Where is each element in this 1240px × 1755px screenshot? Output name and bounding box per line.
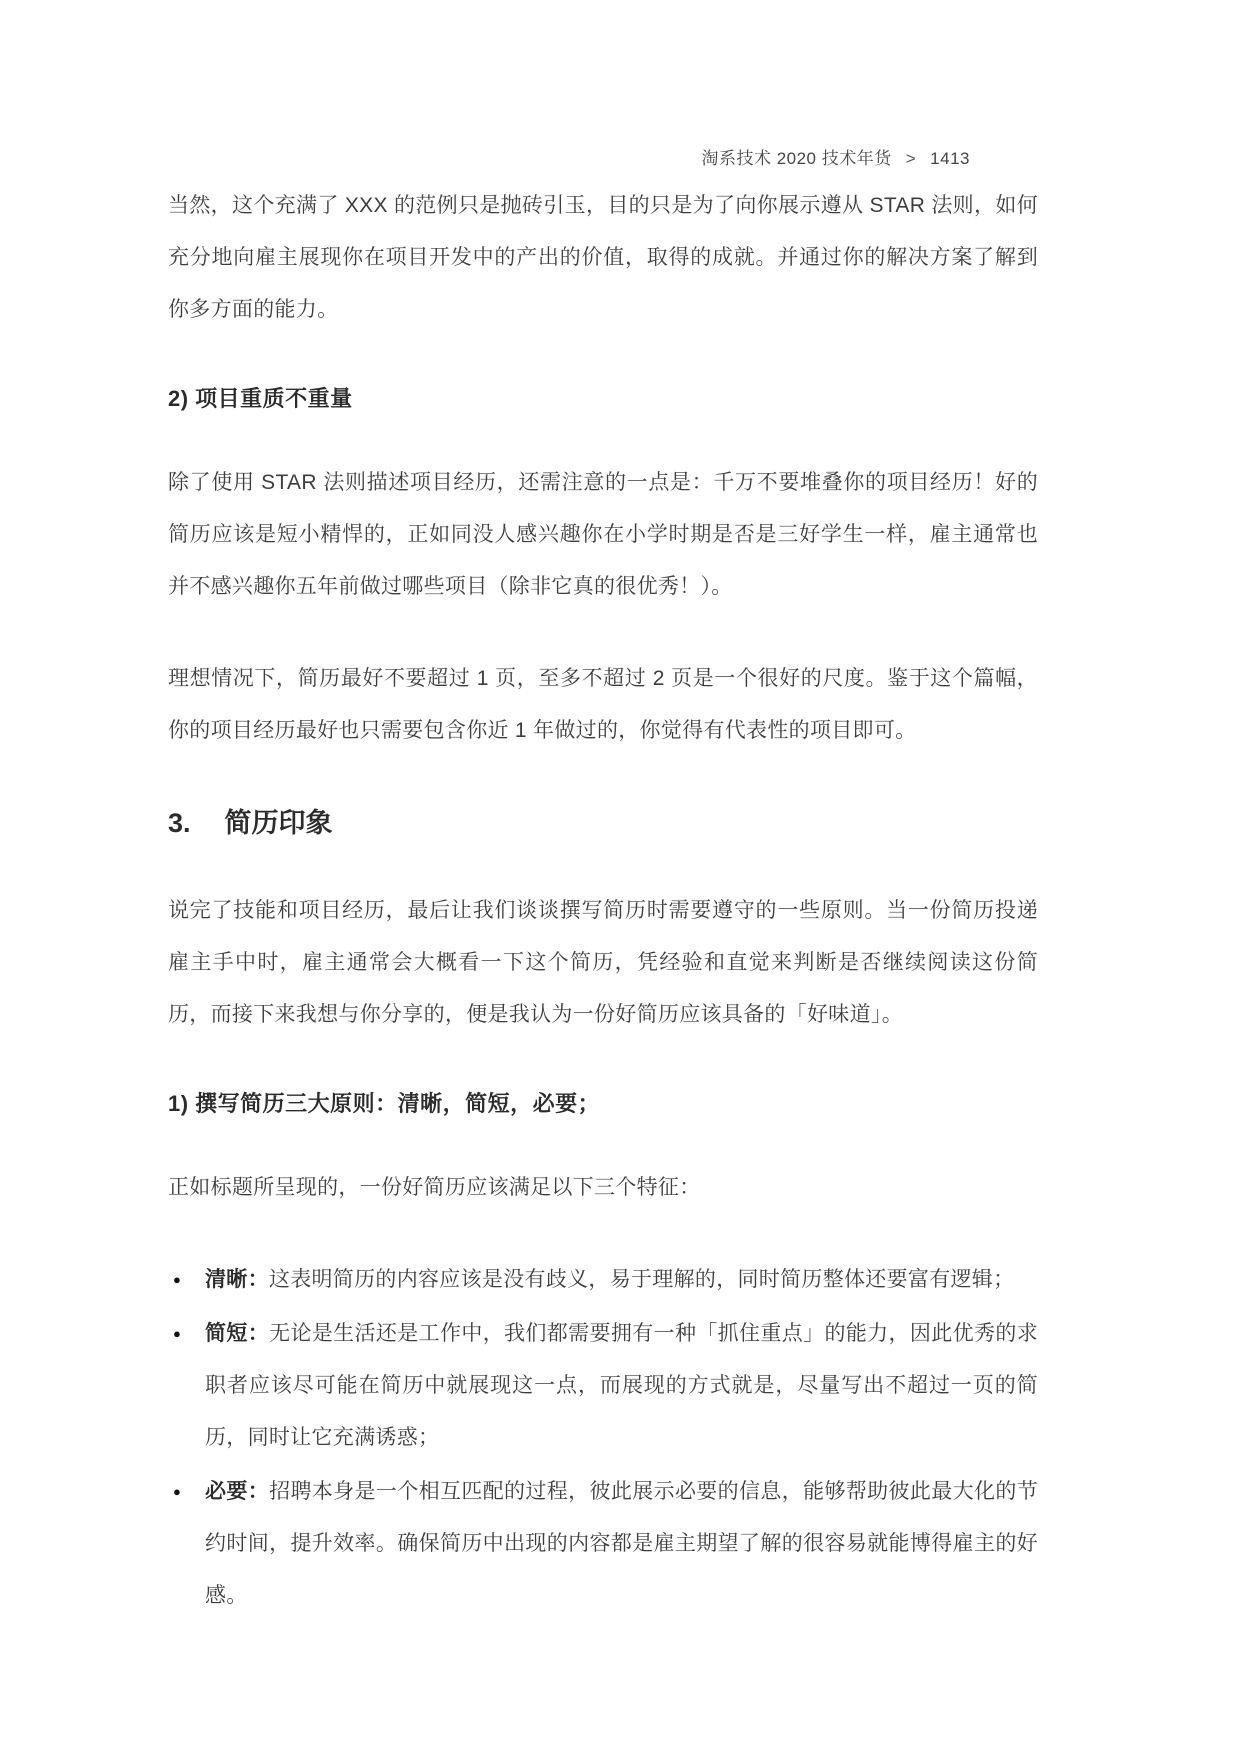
principle-label: 清晰： <box>205 1268 269 1291</box>
paragraph-resume-length: 理想情况下，简历最好不要超过 1 页，至多不超过 2 页是一个很好的尺度。鉴于这… <box>168 653 1038 757</box>
principle-label: 必要： <box>205 1480 269 1503</box>
header-separator: > <box>906 149 916 169</box>
heading-project-quality: 2) 项目重质不重量 <box>168 384 1038 413</box>
bullet-icon: ● <box>173 1466 181 1518</box>
principle-item-clear: ●清晰：这表明简历的内容应该是没有歧义，易于理解的，同时简历整体还要富有逻辑； <box>168 1254 1038 1306</box>
section-number: 3. <box>168 805 191 841</box>
document-content: 当然，这个充满了 XXX 的范例只是抛砖引玉，目的只是为了向你展示遵从 STAR… <box>168 180 1038 1624</box>
header-page-number: 1413 <box>930 149 970 168</box>
heading-resume-impression: 3.简历印象 <box>168 805 1038 841</box>
paragraph-star-example-summary: 当然，这个充满了 XXX 的范例只是抛砖引玉，目的只是为了向你展示遵从 STAR… <box>168 180 1038 336</box>
bullet-icon: ● <box>173 1308 181 1360</box>
principle-label: 简短： <box>205 1322 269 1345</box>
principle-text: 招聘本身是一个相互匹配的过程，彼此展示必要的信息，能够帮助彼此最大化的节约时间，… <box>205 1480 1038 1607</box>
paragraph-impression-intro: 说完了技能和项目经历，最后让我们谈谈撰写简历时需要遵守的一些原则。当一份简历投递… <box>168 885 1038 1041</box>
principle-item-short: ●简短：无论是生活还是工作中，我们都需要拥有一种「抓住重点」的能力，因此优秀的求… <box>168 1308 1038 1464</box>
bullet-icon: ● <box>173 1254 181 1306</box>
document-page: { "header": { "title": "淘系技术 2020 技术年货",… <box>0 0 1240 1755</box>
principle-text: 这表明简历的内容应该是没有歧义，易于理解的，同时简历整体还要富有逻辑； <box>269 1268 1015 1291</box>
principle-item-necessary: ●必要：招聘本身是一个相互匹配的过程，彼此展示必要的信息，能够帮助彼此最大化的节… <box>168 1466 1038 1622</box>
paragraph-principles-intro: 正如标题所呈现的，一份好简历应该满足以下三个特征： <box>168 1162 1038 1214</box>
section-title: 简历印象 <box>225 808 333 838</box>
paragraph-no-project-stacking: 除了使用 STAR 法则描述项目经历，还需注意的一点是：千万不要堆叠你的项目经历… <box>168 457 1038 613</box>
principle-text: 无论是生活还是工作中，我们都需要拥有一种「抓住重点」的能力，因此优秀的求职者应该… <box>205 1322 1038 1449</box>
principles-list: ●清晰：这表明简历的内容应该是没有歧义，易于理解的，同时简历整体还要富有逻辑； … <box>168 1254 1038 1622</box>
page-header: 淘系技术 2020 技术年货>1413 <box>0 144 970 169</box>
header-book-title: 淘系技术 2020 技术年货 <box>701 149 891 168</box>
heading-three-principles: 1) 撰写简历三大原则：清晰，简短，必要； <box>168 1089 1038 1118</box>
